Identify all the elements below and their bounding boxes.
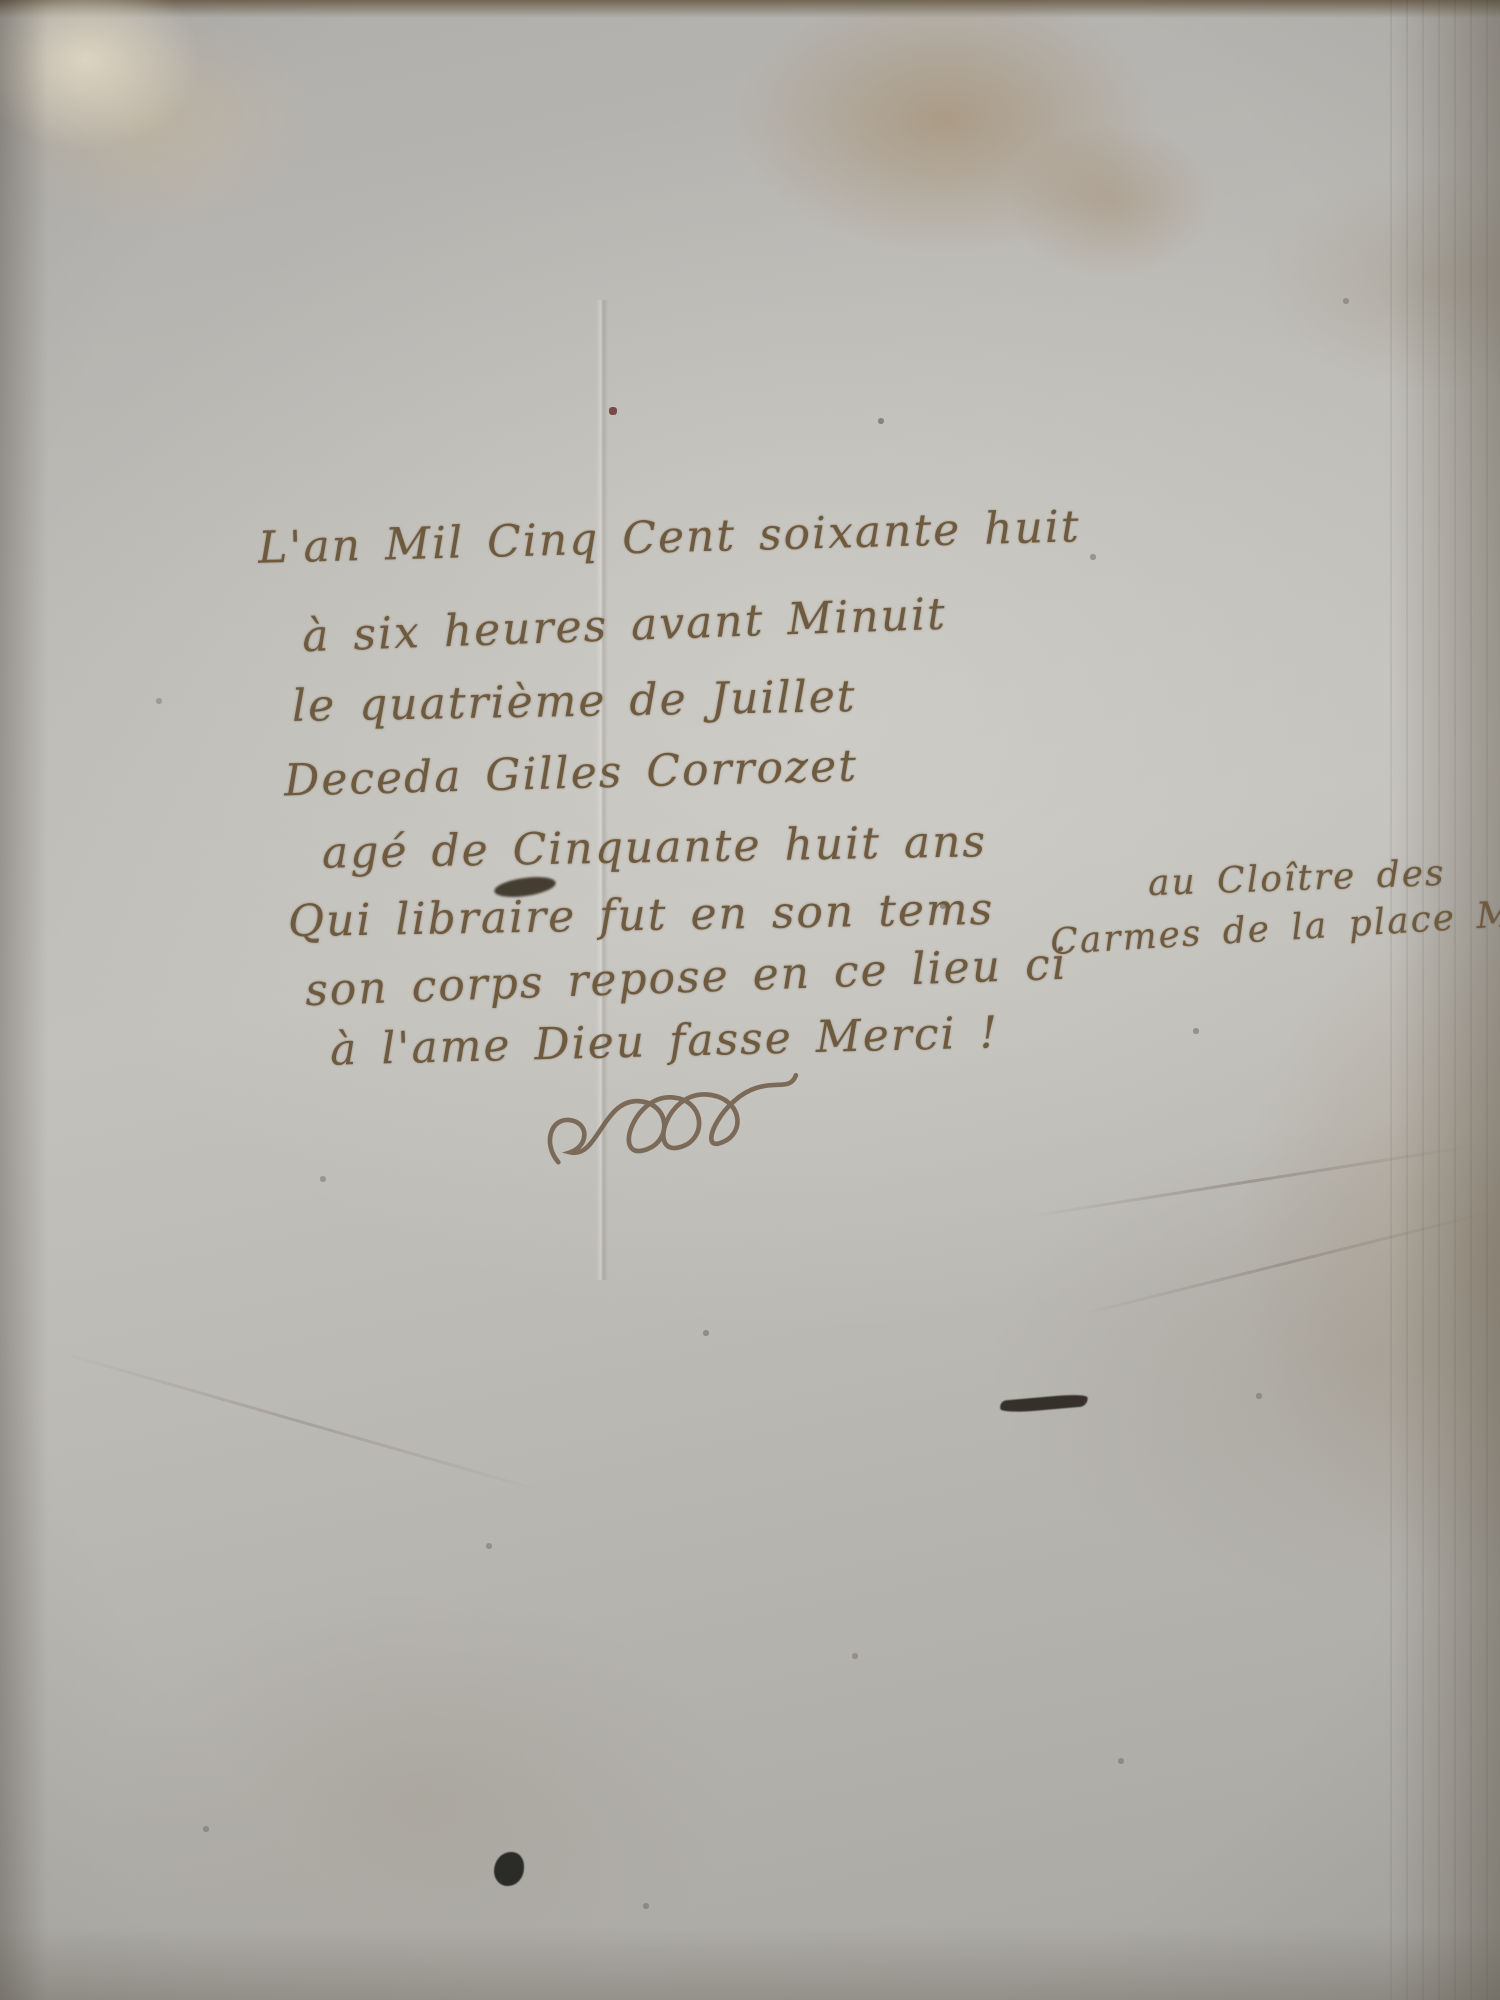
manuscript-line-5: agé de Cinquante huit ans: [322, 816, 988, 879]
paper-right-edge-creases: [1390, 0, 1500, 2000]
stray-ink-dash: [1000, 1393, 1089, 1414]
crease-line: [50, 1348, 551, 1494]
paper-left-edge-shadow: [0, 0, 48, 2000]
manuscript-line-6: Qui libraire fut en son tems: [288, 884, 995, 947]
manuscript-line-1: L'an Mil Cinq Cent soixante huit: [257, 501, 1081, 574]
paper-top-left-highlight: [0, 0, 200, 150]
crease-line: [1023, 1144, 1478, 1219]
manuscript-line-8: à l'ame Dieu fasse Merci !: [329, 1007, 999, 1076]
paper-top-edge-shadow: [0, 0, 1500, 18]
paper-fiber-specks: [0, 0, 2, 2]
manuscript-line-7: son corps repose en ce lieu ci: [304, 939, 1068, 1017]
manuscript-line-2: à six heures avant Minuit: [301, 589, 947, 662]
paper-bottom-edge-shadow: [0, 1926, 1500, 2000]
manuscript-photo: L'an Mil Cinq Cent soixante huit à six h…: [0, 0, 1500, 2000]
manuscript-line-4: Deceda Gilles Corrozet: [283, 740, 858, 806]
margin-note-line-1: au Cloître des: [1147, 853, 1446, 904]
pen-flourish: [537, 1064, 852, 1184]
crease-line: [1076, 1210, 1494, 1317]
stray-ink-spot: [494, 1852, 524, 1886]
manuscript-line-3: le quatrième de Juillet: [292, 671, 857, 732]
margin-note-line-2: Carmes de la place M: [1049, 894, 1500, 963]
